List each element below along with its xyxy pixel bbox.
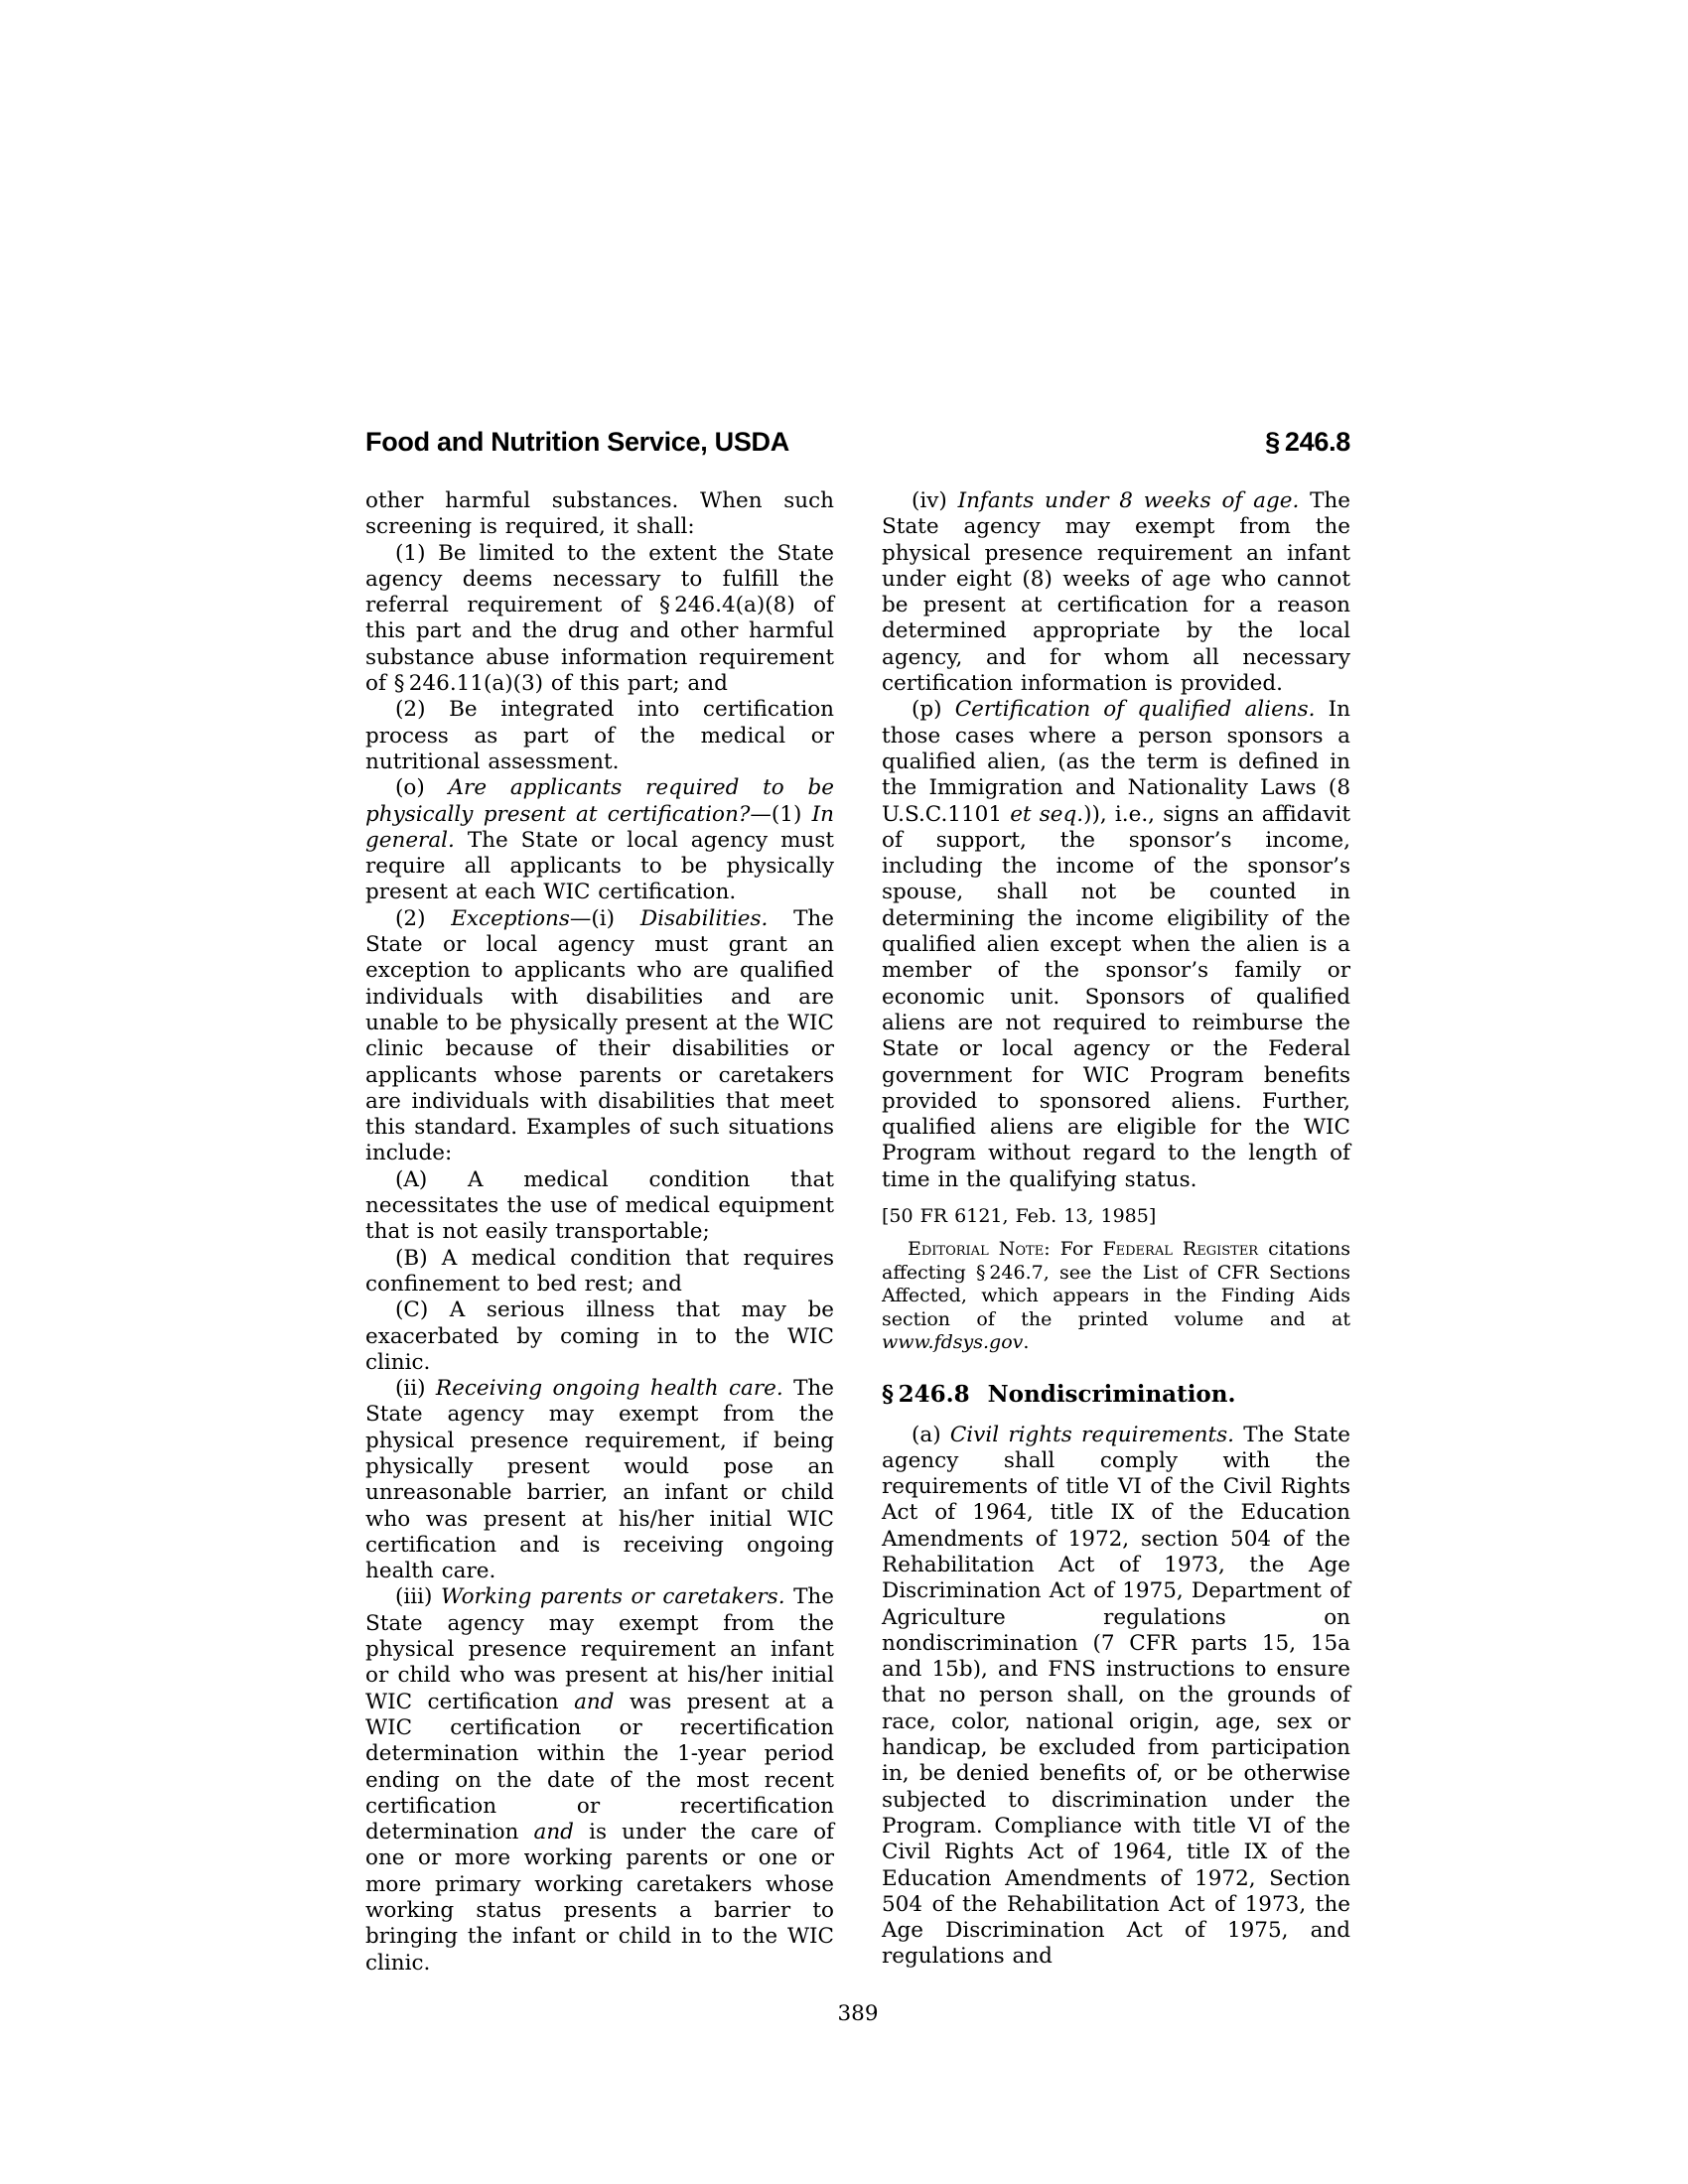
document-page: Food and Nutrition Service, USDA § 246.8… (0, 0, 1688, 2184)
body-paragraph: (o) Are applicants required to be physic… (365, 775, 834, 905)
editorial-note: Editorial Note: For Federal Register cit… (882, 1238, 1350, 1355)
body-paragraph: (A) A medical condition that necessitate… (365, 1167, 834, 1246)
text: (1) Be limited to the extent the State a… (365, 541, 834, 696)
text: The State agency may exempt from the phy… (882, 488, 1350, 696)
body-paragraph: (ii) Receiving ongoing health care. The … (365, 1376, 834, 1584)
body-paragraph: (B) A medical condition that requires co… (365, 1246, 834, 1298)
text: )), i.e., signs an affidavit of support,… (882, 802, 1350, 1192)
column-right: (iv) Infants under 8 weeks of age. The S… (882, 488, 1350, 1971)
body-paragraph: (2) Exceptions—(i) Disabilities. The Sta… (365, 906, 834, 1167)
text: (ii) (395, 1376, 436, 1401)
section-number: § 246.8 (882, 1381, 970, 1408)
text: (A) A medical condition that necessitate… (365, 1167, 834, 1245)
text: For (1051, 1238, 1103, 1260)
column-left: other harmful substances. When such scre… (365, 488, 834, 1977)
text: (B) A medical condition that requires co… (365, 1246, 834, 1297)
page-number: 389 (365, 2001, 1350, 2026)
italic-text: Certification of qualified aliens. (955, 697, 1316, 722)
text: [50 FR 6121, Feb. 13, 1985] (882, 1205, 1156, 1227)
italic-text: and (534, 1820, 574, 1844)
italic-text: Infants under 8 weeks of age. (958, 488, 1300, 513)
body-paragraph: (1) Be limited to the extent the State a… (365, 541, 834, 698)
smallcaps-text: Editorial Note: (908, 1238, 1051, 1260)
body-paragraph: (2) Be integrated into certification pro… (365, 697, 834, 775)
text: (2) (395, 906, 451, 931)
italic-text: Receiving ongoing health care. (436, 1376, 783, 1401)
section-heading: § 246.8Nondiscrimination. (882, 1381, 1350, 1409)
text: (o) (395, 775, 449, 800)
text: (a) (912, 1423, 950, 1447)
text: (p) (912, 697, 955, 722)
smallcaps-text: Federal Register (1102, 1238, 1258, 1260)
body-paragraph: other harmful substances. When such scre… (365, 488, 834, 541)
running-header: Food and Nutrition Service, USDA § 246.8 (365, 427, 1350, 458)
body-paragraph: (a) Civil rights requirements. The State… (882, 1423, 1350, 1971)
text: —(1) (750, 802, 811, 827)
italic-text: Exceptions (451, 906, 570, 931)
body-paragraph: (iii) Working parents or caretakers. The… (365, 1584, 834, 1976)
running-header-section: § 246.8 (1265, 427, 1350, 458)
text: other harmful substances. When such scre… (365, 488, 834, 539)
section-title: Nondiscrimination. (988, 1381, 1236, 1408)
text: (C) A serious illness that may be exacer… (365, 1297, 834, 1375)
italic-text: et seq. (1010, 802, 1083, 827)
italic-text: Civil rights requirements. (950, 1423, 1234, 1447)
text: (iv) (912, 488, 958, 513)
text: (iii) (395, 1584, 441, 1609)
running-header-agency: Food and Nutrition Service, USDA (365, 427, 789, 458)
source-citation: [50 FR 6121, Feb. 13, 1985] (882, 1205, 1350, 1228)
body-paragraph: (iv) Infants under 8 weeks of age. The S… (882, 488, 1350, 697)
text: The State or local agency must grant an … (365, 906, 834, 1166)
text: The State agency may exempt from the phy… (365, 1376, 834, 1583)
body-paragraph: (p) Certification of qualified aliens. I… (882, 697, 1350, 1193)
body-paragraph: (C) A serious illness that may be exacer… (365, 1297, 834, 1376)
italic-text: Working parents or caretakers. (441, 1584, 785, 1609)
italic-text: www.fdsys.gov (882, 1331, 1023, 1353)
text: (2) Be integrated into certification pro… (365, 697, 834, 774)
italic-text: and (574, 1690, 614, 1714)
text: —(i) (570, 906, 640, 931)
italic-text: Disabilities. (640, 906, 768, 931)
text: . (1023, 1331, 1029, 1353)
text: The State agency shall comply with the r… (882, 1423, 1350, 1970)
